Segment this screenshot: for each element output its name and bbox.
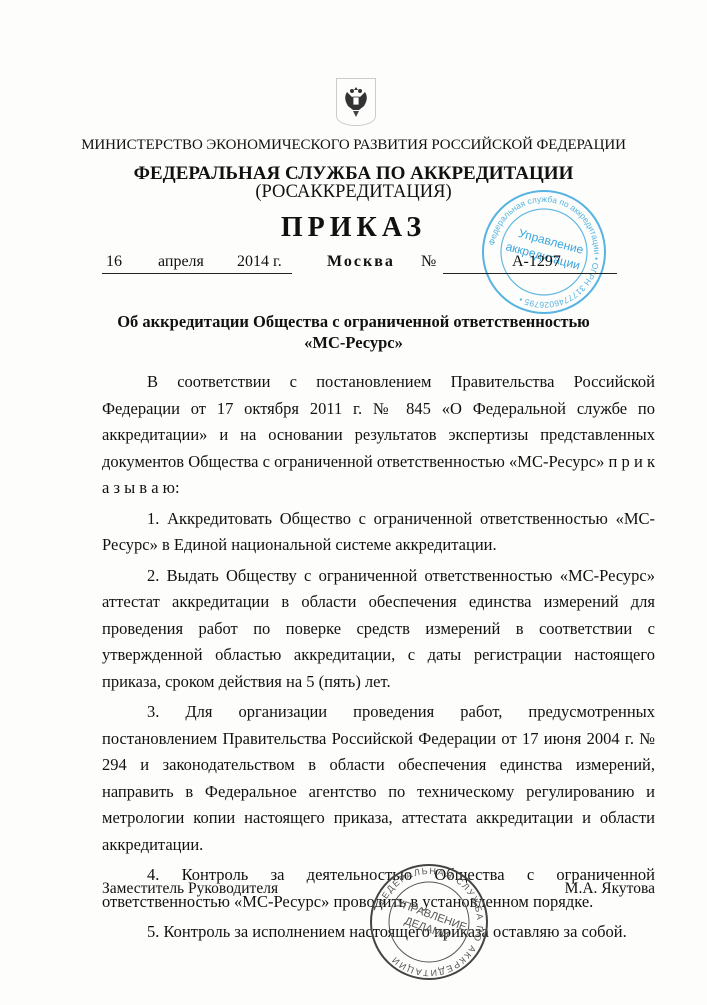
order-item-3: 3. Для организации проведения работ, пре… [102,699,655,858]
order-number: А-1297 [512,253,561,271]
order-item-1: 1. Аккредитовать Общество с ограниченной… [102,506,655,559]
coat-of-arms-emblem [336,78,376,126]
round-stamp-icon: Федеральная служба по аккредитации • ОГР… [480,188,608,316]
number-underline [443,273,617,274]
order-subject: Об аккредитации Общества с ограниченной … [0,311,707,353]
order-item-2: 2. Выдать Обществу с ограниченной ответс… [102,563,655,696]
round-stamp-icon: ФЕДЕРАЛЬНАЯ СЛУЖБА ПО АККРЕДИТАЦИИ УПРАВ… [367,862,491,982]
number-label: № [421,253,436,271]
ministry-name: МИНИСТЕРСТВО ЭКОНОМИЧЕСКОГО РАЗВИТИЯ РОС… [0,137,707,154]
blue-accreditation-stamp: Федеральная служба по аккредитации • ОГР… [480,188,608,316]
date-month: апреля [158,253,204,271]
signatory-title: Заместитель Руководителя [102,880,278,898]
russian-coat-of-arms-icon [341,84,371,120]
preamble-paragraph: В соответствии с постановлением Правител… [102,369,655,502]
signatory-name: М.А. Якутова [565,880,655,898]
date-day: 16 [106,253,122,271]
subject-line-2: «МС-Ресурс» [0,332,707,353]
city-name: Москва [327,253,395,271]
subject-line-1: Об аккредитации Общества с ограниченной … [0,311,707,332]
black-administration-stamp: ФЕДЕРАЛЬНАЯ СЛУЖБА ПО АККРЕДИТАЦИИ УПРАВ… [367,862,491,982]
date-year: 2014 г. [237,253,282,271]
order-body: В соответствии с постановлением Правител… [102,369,655,946]
date-underline [102,273,292,274]
date-number-line: 16 апреля 2014 г. Москва № А-1297 [0,253,707,277]
